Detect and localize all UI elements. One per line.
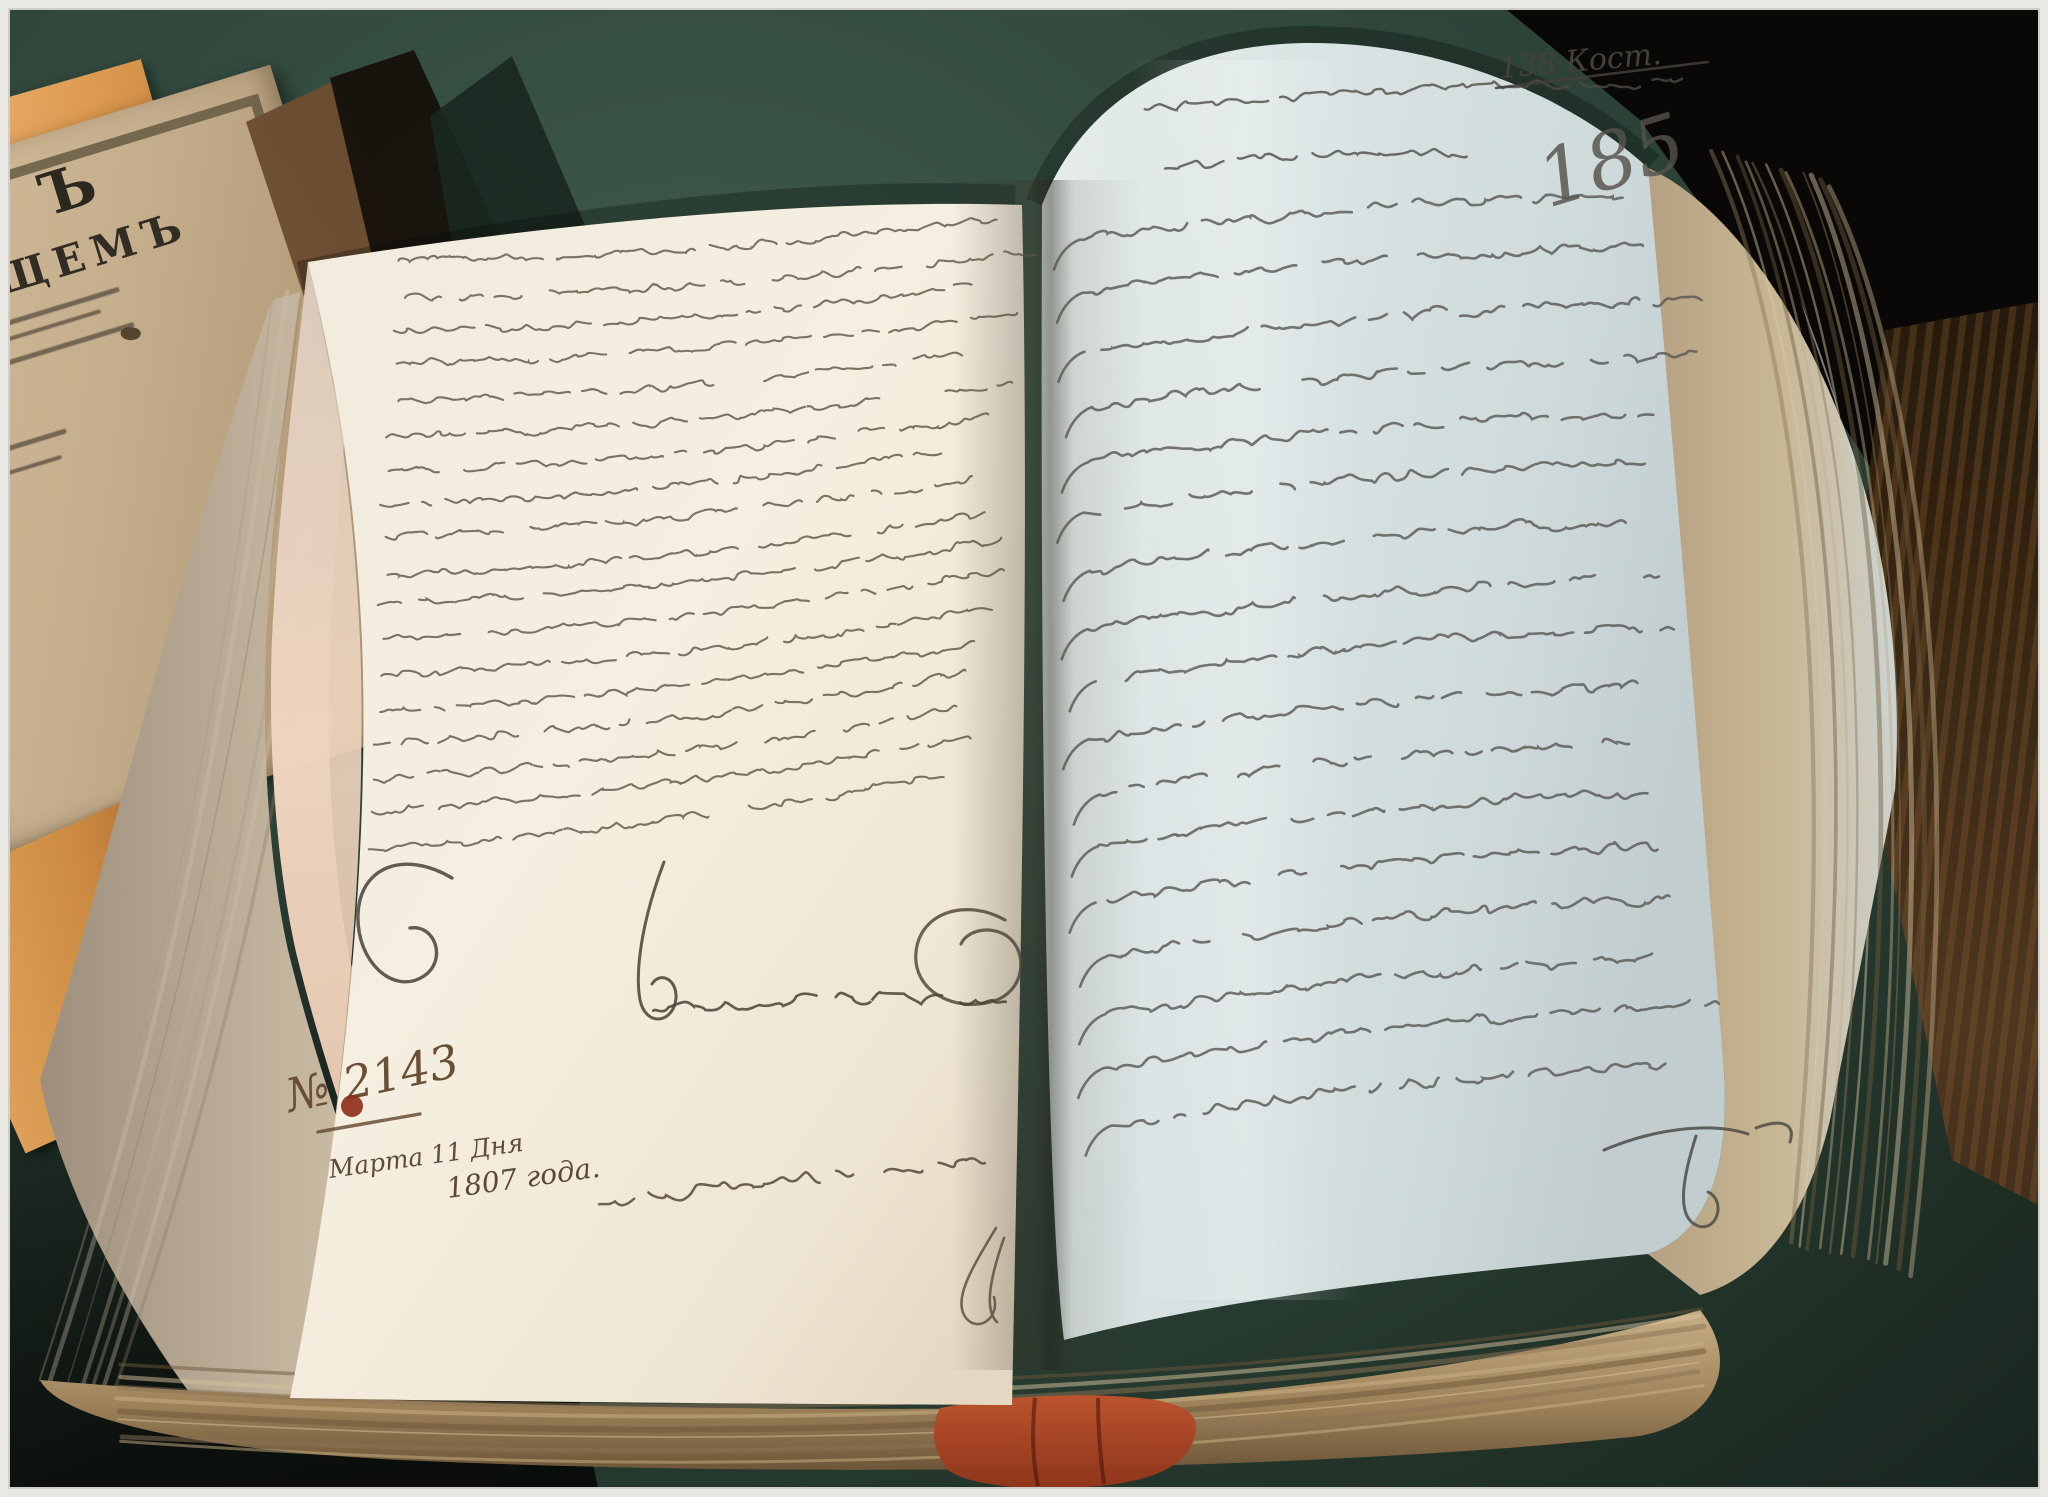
gutter-shadow [952,180,1142,1370]
red-seal-dot [341,1095,363,1117]
red-spine-remnant [934,1395,1196,1488]
page-bulge-highlight [1130,60,1360,1300]
corner-archive-note: 138 Кост. [1498,37,1663,86]
photograph-open-manuscript-book: Ъ ЮЩЕМЪ [0,0,2048,1497]
left-page [290,204,1025,1405]
open-book: 138 Кост. 185 № 2143 Марта 11 Дня 1807 г… [0,0,2048,1497]
